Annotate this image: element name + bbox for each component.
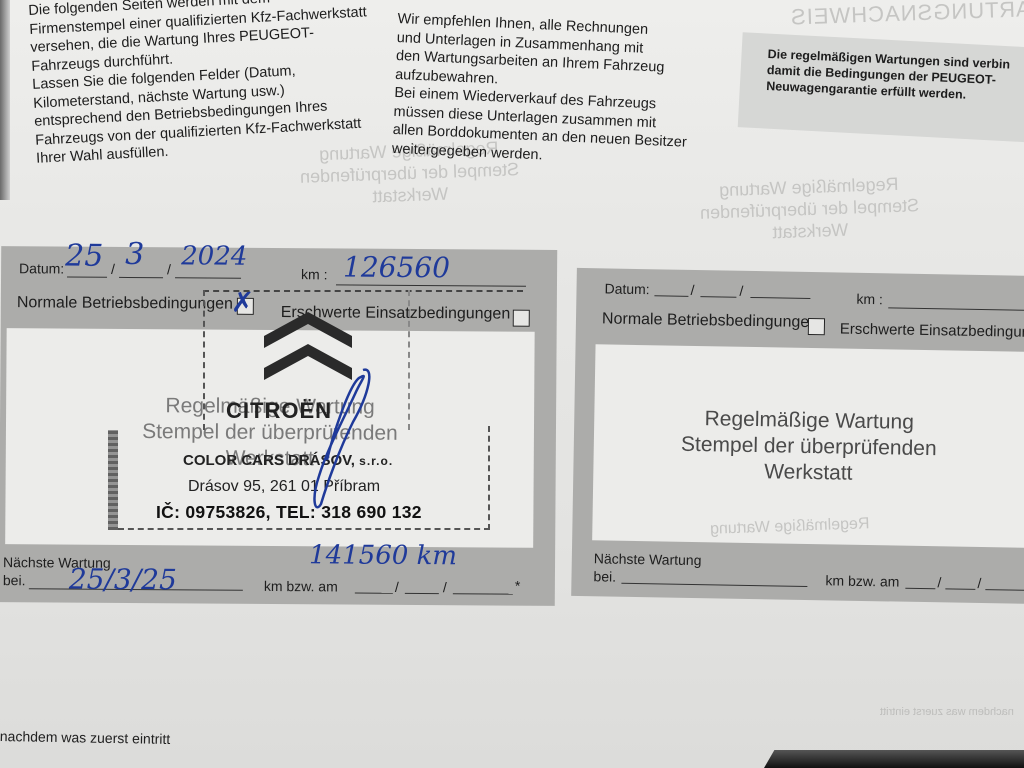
severe-conditions-label: Erschwerte Einsatzbedingungen: [840, 321, 1024, 342]
date-month-value[interactable]: 3: [125, 237, 144, 272]
next-year-line[interactable]: [985, 589, 1024, 591]
maintenance-form-blank: Datum: / / km : Normale Betriebsbedingun…: [571, 268, 1024, 604]
intro-middle-paragraph: Wir empfehlen Ihnen, alle Rechnungen und…: [392, 10, 692, 171]
severe-conditions-checkbox[interactable]: [513, 310, 530, 327]
next-service-line[interactable]: [621, 583, 807, 587]
date-year-line[interactable]: [750, 297, 810, 299]
next-month-line: [405, 593, 439, 594]
date-label: Datum:: [19, 260, 64, 276]
km-or-date-label: km bzw. am: [264, 578, 338, 595]
date-month-line[interactable]: [700, 296, 736, 298]
workshop-stamp: CITROËN COLOR CARS DRÁSOV, s.r.o. Drásov…: [108, 290, 493, 530]
date-day-line[interactable]: [654, 295, 688, 297]
next-month-line[interactable]: [945, 588, 975, 590]
date-label: Datum:: [604, 280, 649, 297]
intro-left-paragraph: Die folgenden Seiten werden mit dem Firm…: [28, 0, 374, 168]
page-edge-shadow-bottom: [764, 750, 1024, 768]
km-label: km :: [856, 291, 883, 307]
next-day-line: [355, 593, 393, 594]
next-day-line[interactable]: [905, 588, 935, 590]
date-day-value[interactable]: 25: [65, 239, 103, 274]
date-month-line: [119, 277, 163, 278]
show-through-upper-right: Regelmäßige Wartung Stempel der überprüf…: [699, 172, 920, 246]
next-service-date-value[interactable]: 25/3/25: [69, 563, 177, 597]
next-service-at-label: bei.: [3, 572, 26, 588]
date-year-value[interactable]: 2024: [181, 241, 247, 271]
normal-conditions-label: Normale Betriebsbedingungen: [602, 310, 818, 332]
page-edge-shadow: [0, 0, 10, 200]
km-label: km :: [301, 266, 328, 282]
next-service-at-label: bei.: [593, 568, 616, 584]
signature-icon: [303, 364, 383, 514]
footnote: nachdem was zuerst eintritt: [0, 728, 170, 747]
stamp-caption: Regelmäßige Wartung Stempel der überprüf…: [573, 404, 1024, 490]
km-line[interactable]: [888, 307, 1024, 311]
date-year-line: [175, 277, 241, 278]
km-value[interactable]: 126560: [343, 250, 450, 284]
next-service-km-value[interactable]: 141560 km: [309, 540, 457, 571]
date-day-line: [67, 277, 107, 278]
next-service-label: Nächste Wartung: [594, 550, 702, 568]
normal-conditions-checkbox[interactable]: [808, 318, 825, 335]
km-line: [336, 284, 526, 286]
next-year-line: [453, 593, 513, 594]
km-or-date-label: km bzw. am: [825, 572, 899, 589]
footnote-show-through: nachdem was zuerst eintritt: [880, 706, 1014, 718]
